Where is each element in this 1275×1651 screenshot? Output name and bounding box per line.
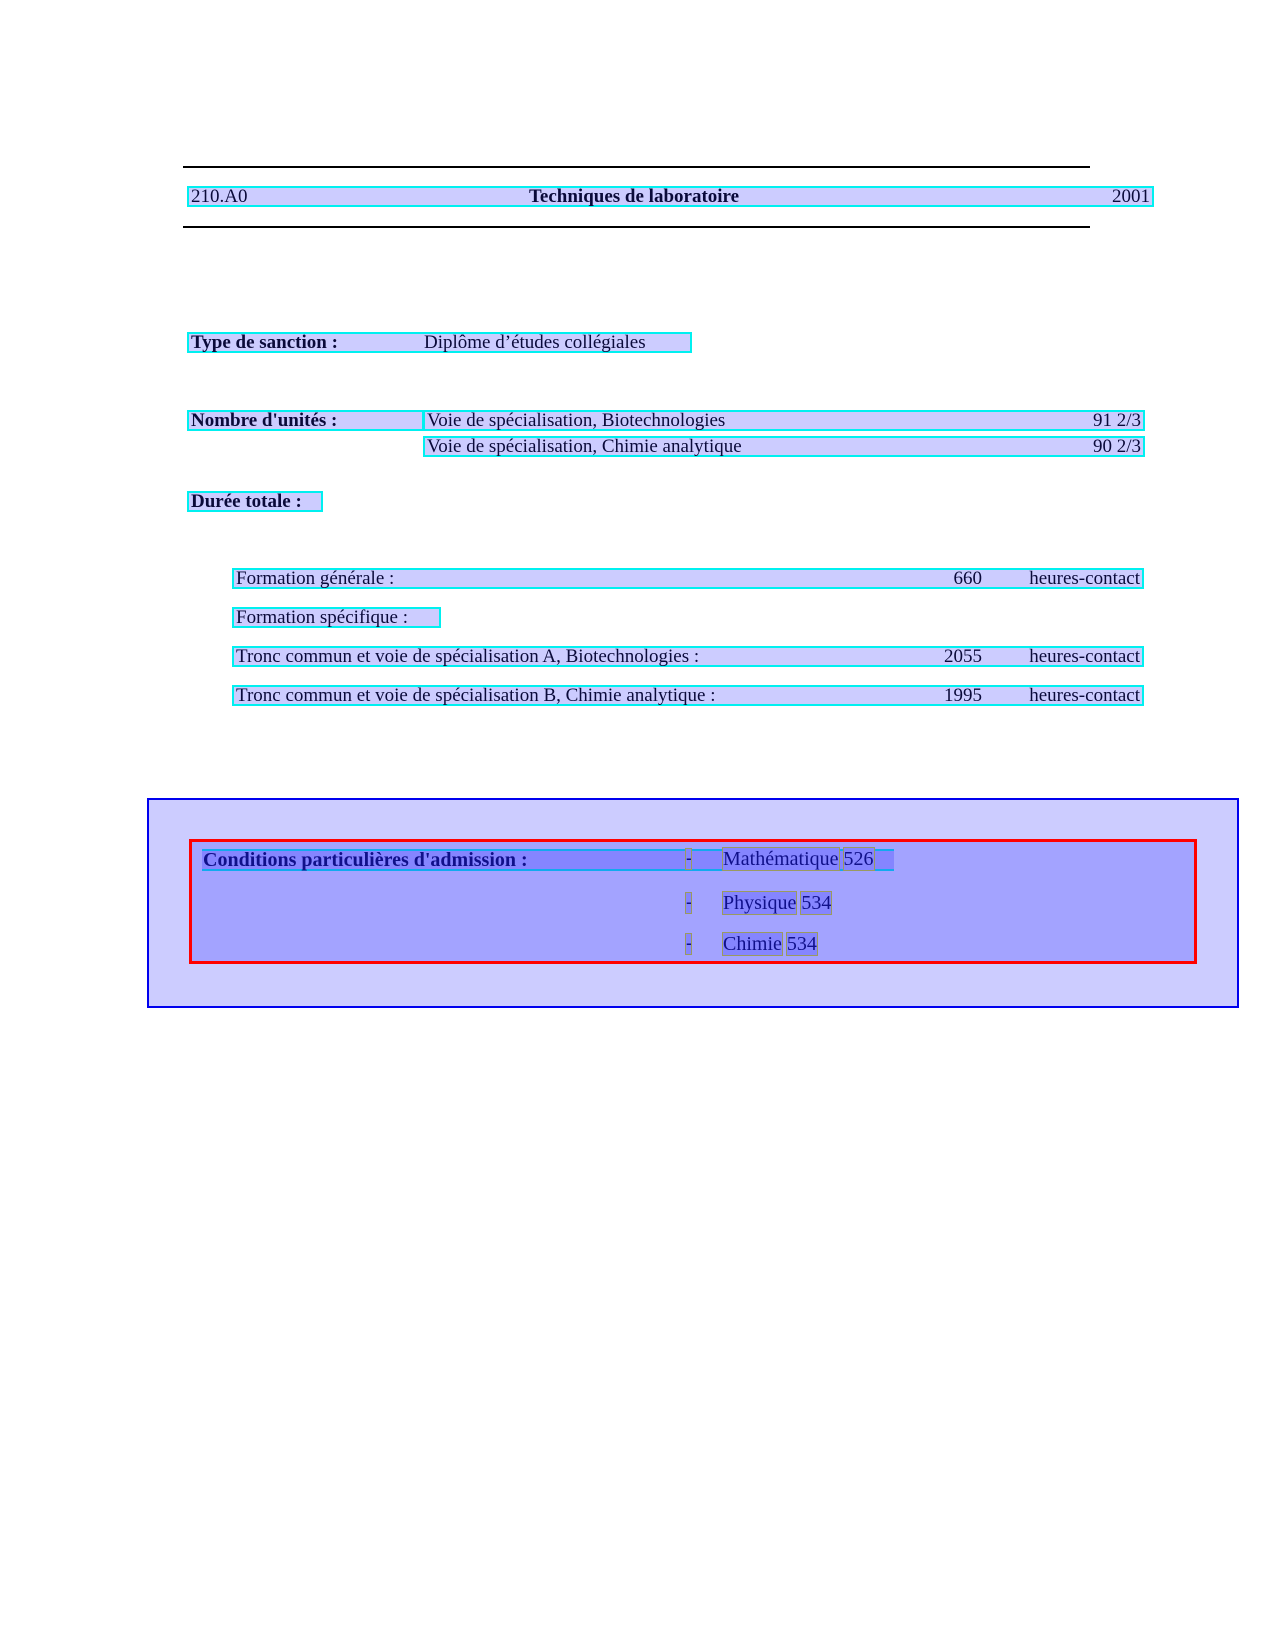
units-row-label: Voie de spécialisation, Biotechnologies bbox=[427, 412, 725, 429]
hours-row-specialisation-a: Tronc commun et voie de spécialisation A… bbox=[232, 646, 1144, 667]
units-row-label: Voie de spécialisation, Chimie analytiqu… bbox=[427, 438, 742, 455]
program-code: 210.A0 bbox=[191, 188, 247, 205]
specific-training-label: Formation spécifique : bbox=[236, 609, 408, 626]
admission-code: 526 bbox=[844, 848, 874, 870]
units-label: Nombre d'unités : bbox=[191, 412, 337, 429]
hours-value: 2055 bbox=[944, 648, 982, 665]
hours-unit: heures-contact bbox=[1029, 687, 1140, 704]
units-row-value: 91 2/3 bbox=[1093, 412, 1141, 429]
hours-value: 1995 bbox=[944, 687, 982, 704]
units-label-row: Nombre d'unités : bbox=[187, 410, 424, 431]
hours-label: Tronc commun et voie de spécialisation A… bbox=[236, 648, 699, 665]
hours-unit: heures-contact bbox=[1029, 648, 1140, 665]
units-row-value: 90 2/3 bbox=[1093, 438, 1141, 455]
units-row: Voie de spécialisation, Biotechnologies … bbox=[423, 410, 1145, 431]
hours-row-general: Formation générale : 660 heures-contact bbox=[232, 568, 1144, 589]
program-header: 210.A0 Techniques de laboratoire 2001 bbox=[187, 186, 1154, 207]
admission-item: Chimie 534 bbox=[723, 934, 817, 954]
bullet-dash: - bbox=[686, 849, 691, 869]
sanction-label: Type de sanction : bbox=[191, 334, 338, 351]
duration-label: Durée totale : bbox=[191, 493, 302, 510]
admission-subject: Physique bbox=[723, 892, 796, 914]
header-bottom-rule bbox=[183, 226, 1090, 228]
admission-subject: Mathématique bbox=[723, 848, 839, 870]
admission-code: 534 bbox=[801, 892, 831, 914]
admission-code: 534 bbox=[787, 933, 817, 955]
bullet-dash: - bbox=[686, 934, 691, 954]
hours-unit: heures-contact bbox=[1029, 570, 1140, 587]
duration-label-row: Durée totale : bbox=[187, 491, 323, 512]
hours-label: Tronc commun et voie de spécialisation B… bbox=[236, 687, 716, 704]
admission-item: Mathématique 526 bbox=[723, 849, 874, 869]
hours-value: 660 bbox=[954, 570, 983, 587]
admission-subject: Chimie bbox=[723, 933, 782, 955]
hours-label: Formation générale : bbox=[236, 570, 394, 587]
units-row: Voie de spécialisation, Chimie analytiqu… bbox=[423, 436, 1145, 457]
sanction-row: Type de sanction : Diplôme d’études coll… bbox=[187, 332, 692, 353]
admission-label: Conditions particulières d'admission : bbox=[203, 850, 528, 870]
sanction-value: Diplôme d’études collégiales bbox=[424, 334, 646, 351]
bullet-dash: - bbox=[686, 893, 691, 913]
program-year: 2001 bbox=[1112, 188, 1150, 205]
specific-training-label-row: Formation spécifique : bbox=[232, 607, 441, 628]
admission-item: Physique 534 bbox=[723, 893, 831, 913]
header-top-rule bbox=[183, 166, 1090, 168]
hours-row-specialisation-b: Tronc commun et voie de spécialisation B… bbox=[232, 685, 1144, 706]
program-title: Techniques de laboratoire bbox=[529, 188, 739, 205]
